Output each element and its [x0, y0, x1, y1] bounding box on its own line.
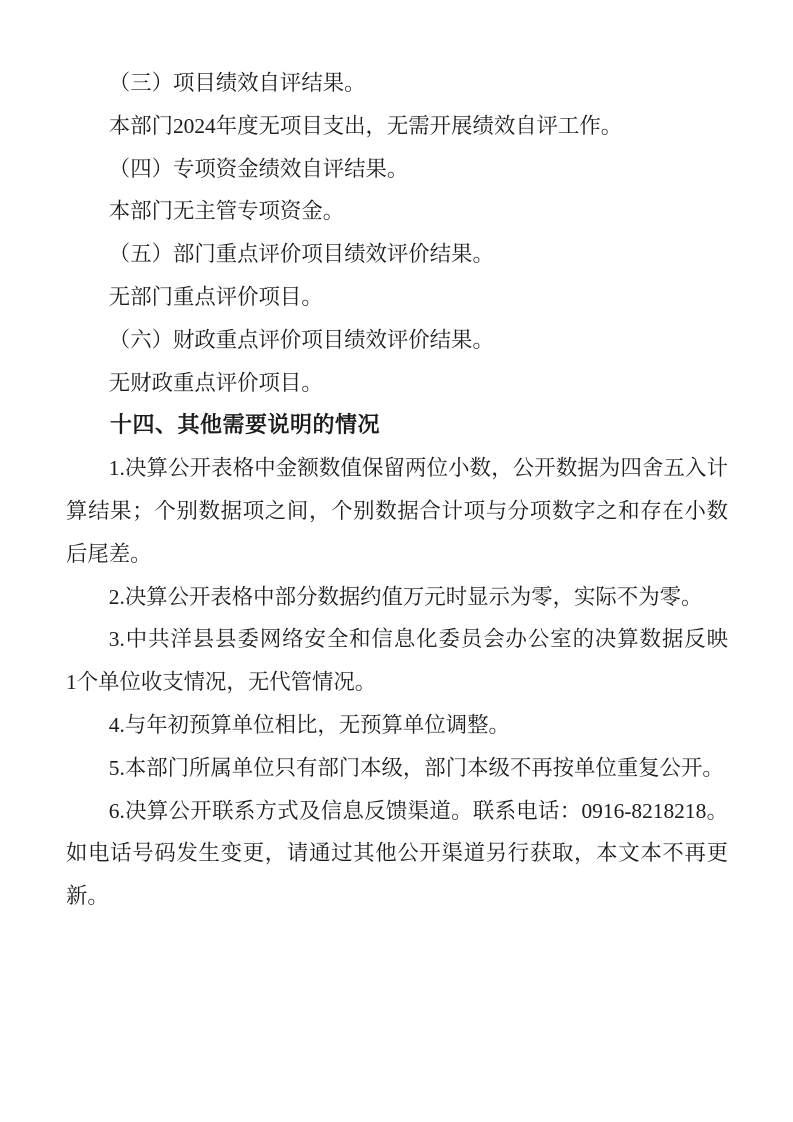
document-line: 2.决算公开表格中部分数据约值万元时显示为零，实际不为零。 — [66, 576, 728, 619]
document-line: （四）专项资金绩效自评结果。 — [66, 148, 728, 191]
document-line: 3.中共洋县县委网络安全和信息化委员会办公室的决算数据反映 — [66, 618, 728, 661]
document-line: 无部门重点评价项目。 — [66, 276, 728, 319]
document-line: （三）项目绩效自评结果。 — [66, 62, 728, 105]
document-line: （五）部门重点评价项目绩效评价结果。 — [66, 233, 728, 276]
document-line: 6.决算公开联系方式及信息反馈渠道。联系电话：0916-8218218。 — [66, 790, 728, 833]
document-body: （三）项目绩效自评结果。本部门2024年度无项目支出，无需开展绩效自评工作。（四… — [66, 62, 728, 918]
document-line: 本部门2024年度无项目支出，无需开展绩效自评工作。 — [66, 105, 728, 148]
document-line: 本部门无主管专项资金。 — [66, 190, 728, 233]
document-page: （三）项目绩效自评结果。本部门2024年度无项目支出，无需开展绩效自评工作。（四… — [0, 0, 793, 1122]
document-line: 如电话号码发生变更，请通过其他公开渠道另行获取，本文本不再更 — [66, 832, 728, 875]
document-line: 1.决算公开表格中金额数值保留两位小数，公开数据为四舍五入计 — [66, 447, 728, 490]
document-line: 后尾差。 — [66, 533, 728, 576]
document-line: 新。 — [66, 875, 728, 918]
document-line: （六）财政重点评价项目绩效评价结果。 — [66, 319, 728, 362]
document-line: 4.与年初预算单位相比，无预算单位调整。 — [66, 704, 728, 747]
document-line: 算结果；个别数据项之间，个别数据合计项与分项数字之和存在小数点 — [66, 490, 728, 533]
document-line: 无财政重点评价项目。 — [66, 362, 728, 405]
section-heading: 十四、其他需要说明的情况 — [66, 404, 728, 447]
document-line: 1个单位收支情况，无代管情况。 — [66, 661, 728, 704]
document-line: 5.本部门所属单位只有部门本级，部门本级不再按单位重复公开。 — [66, 747, 728, 790]
